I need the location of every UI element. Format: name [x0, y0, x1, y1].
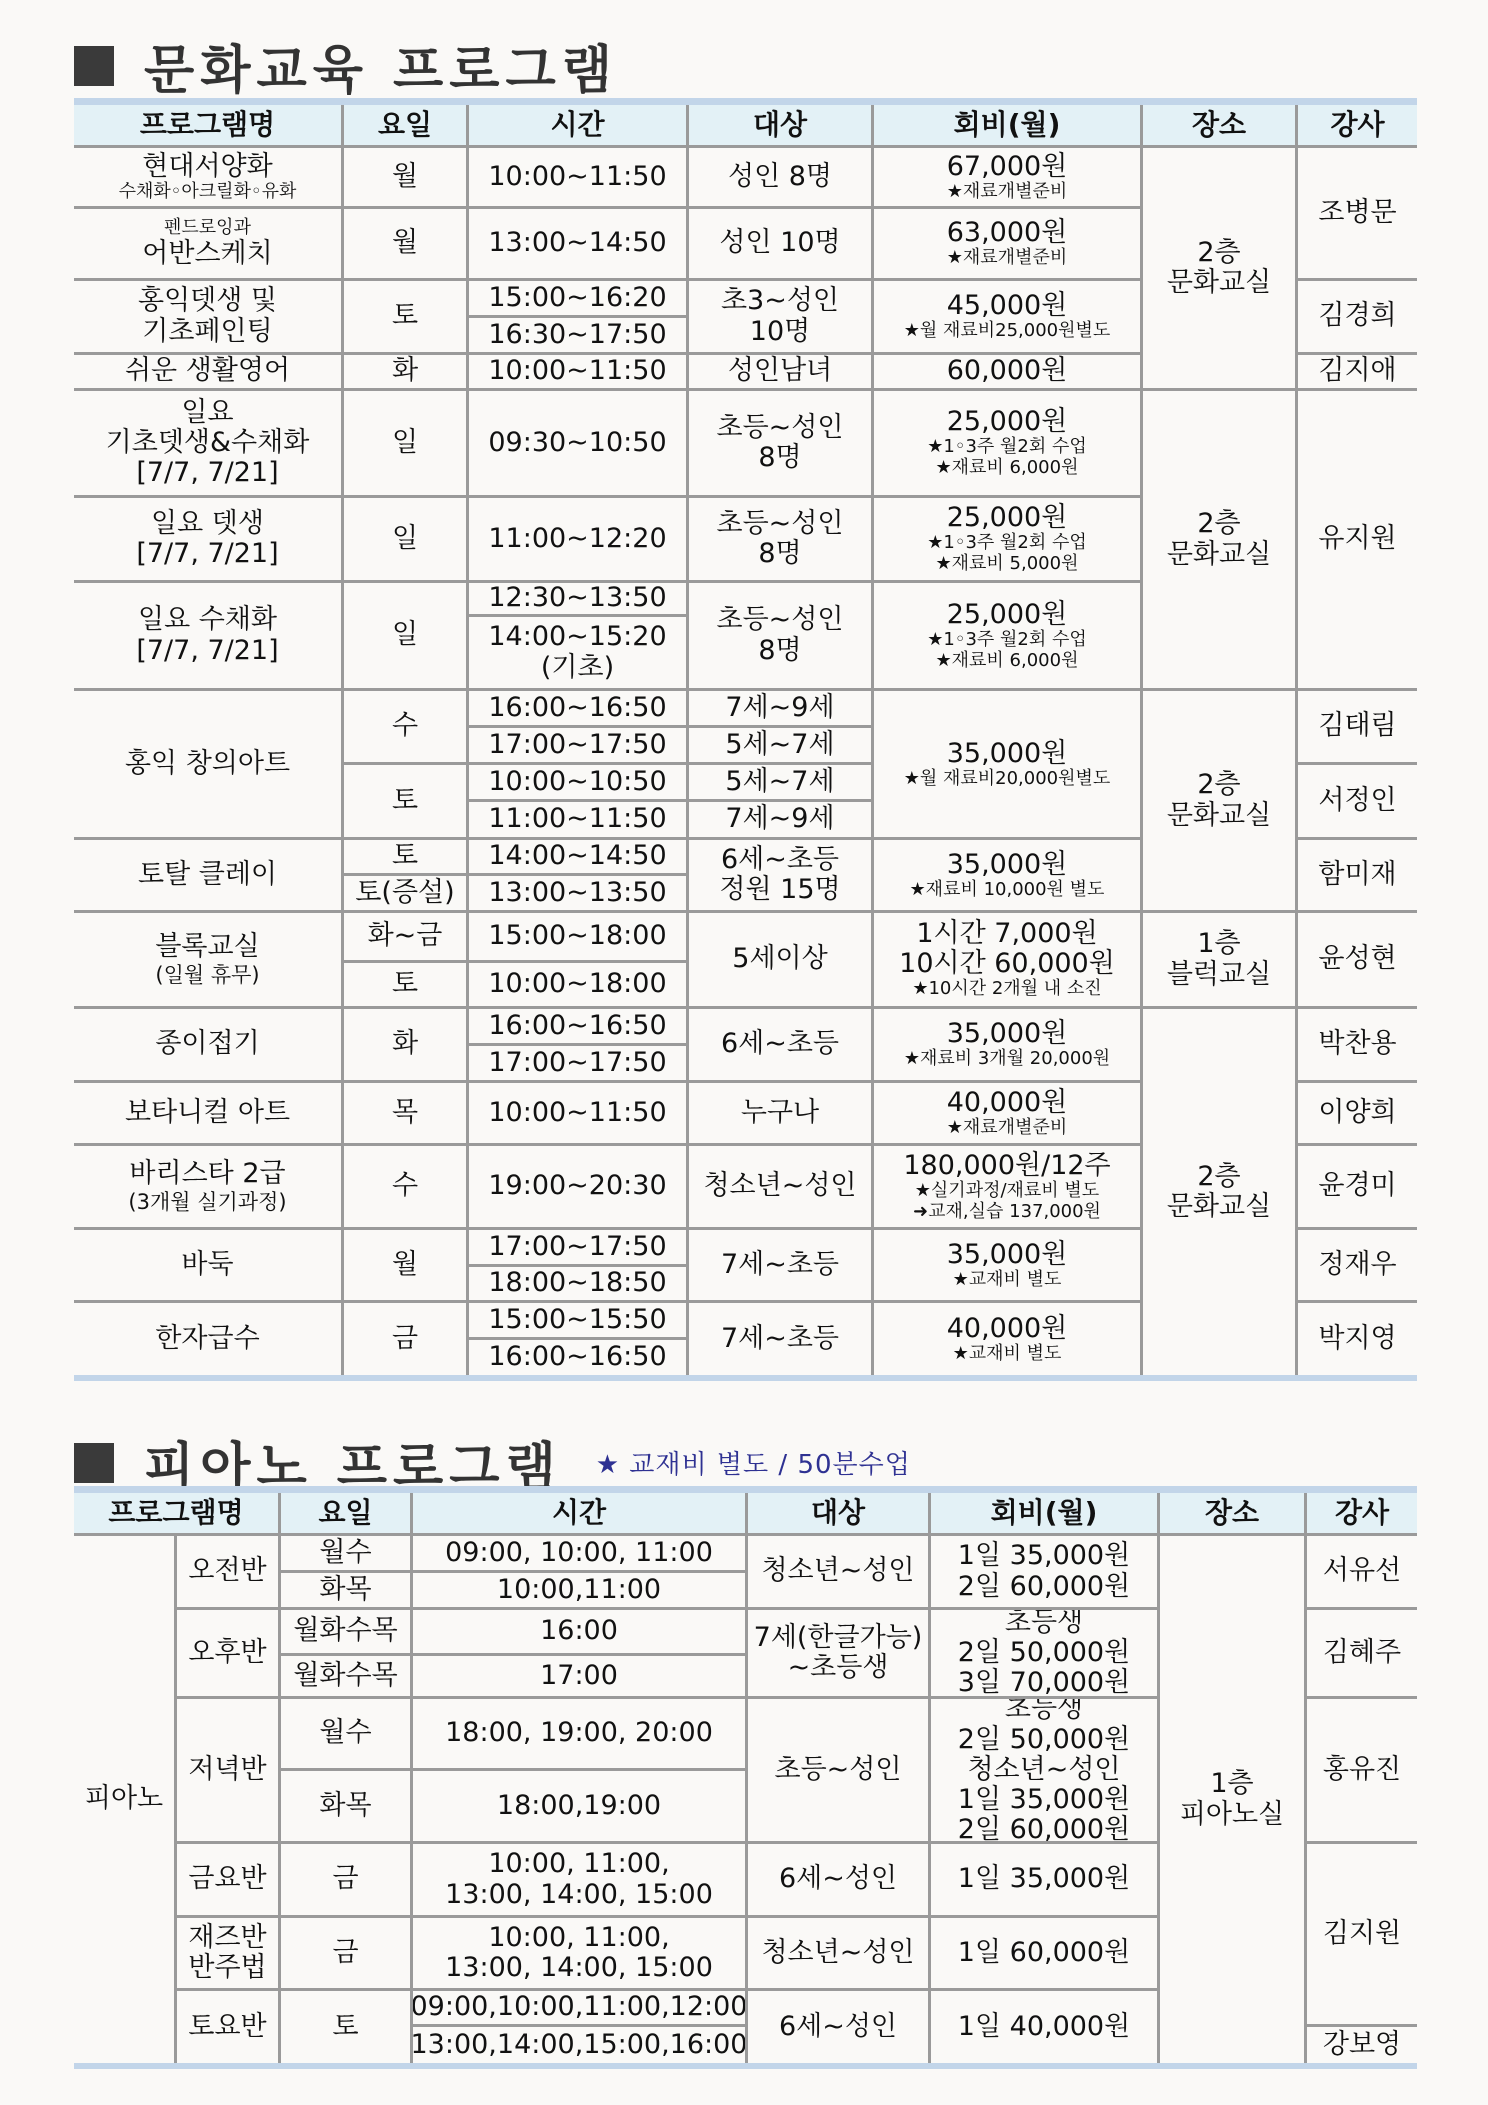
- cell-text-line: 월: [392, 1250, 418, 1280]
- cell-text-line: (일월 휴무): [155, 963, 259, 987]
- cell-text-line: 누구나: [741, 1098, 819, 1128]
- cell-text-line: ➜교재,실습 137,000원: [913, 1202, 1101, 1223]
- table-cell: 화: [344, 355, 469, 391]
- table-cell: 금: [281, 1918, 413, 1991]
- table-cell: 09:00, 10:00, 11:00: [413, 1536, 748, 1573]
- cell-text-line: ~초등생: [788, 1653, 889, 1683]
- cell-text-line: 화: [392, 1029, 418, 1059]
- table-cell: 토(증설): [344, 876, 469, 913]
- table-cell: 35,000원★월 재료비20,000원별도: [874, 691, 1143, 840]
- table-cell: 10:00~18:00: [469, 963, 689, 1009]
- cell-text-line: 토요반: [188, 2012, 266, 2042]
- table-cell: 10:00, 11:00,13:00, 14:00, 15:00: [413, 1844, 748, 1918]
- table-cell: 김경희: [1298, 281, 1417, 355]
- cell-text-line: 월수: [319, 1538, 371, 1568]
- table-cell: 09:00,10:00,11:00,12:00: [413, 1991, 748, 2027]
- table-cell: 이양희: [1298, 1083, 1417, 1146]
- table-cell: 10:00, 11:00,13:00, 14:00, 15:00: [413, 1918, 748, 1991]
- table-cell: 6세~초등: [689, 1009, 874, 1083]
- cell-text-line: 종이접기: [155, 1029, 259, 1059]
- table-cell: 월수: [281, 1699, 413, 1771]
- cell-text-line: 반주법: [188, 1953, 266, 1983]
- table-cell: 7세~초등: [689, 1303, 874, 1375]
- cell-text-line: 초등생: [1005, 1610, 1083, 1638]
- cell-text-line: 김혜주: [1323, 1638, 1401, 1668]
- table-cell: 40,000원★교재비 별도: [874, 1303, 1143, 1375]
- cell-text-line: 3일 70,000원: [958, 1668, 1130, 1698]
- table-cell: 7세~9세: [689, 802, 874, 840]
- table-cell: 11:00~12:20: [469, 498, 689, 583]
- cell-text-line: 현대서양화: [142, 152, 272, 182]
- table-cell: 김태림: [1298, 691, 1417, 765]
- cell-text-line: 초등~성인: [717, 413, 844, 443]
- cell-text-line: 강보영: [1323, 2030, 1401, 2060]
- cell-text-line: 13:00, 14:00, 15:00: [445, 1880, 713, 1910]
- cell-text-line: ★재료비 3개월 20,000원: [904, 1049, 1110, 1070]
- cell-text-line: 어반스케치: [142, 239, 272, 269]
- table-cell: 14:00~14:50: [469, 840, 689, 876]
- cell-text-line: 19:00~20:30: [488, 1171, 666, 1201]
- table-cell: 2층문화교실: [1143, 1009, 1298, 1375]
- cell-text-line: 청소년~성인: [761, 1938, 914, 1968]
- cell-text-line: ★1◦3주 월2회 수업: [927, 437, 1087, 458]
- culture-section-title: 문화교육 프로그램: [74, 28, 618, 103]
- cell-text-line: 문화교실: [1167, 540, 1271, 570]
- cell-text-line: 함미재: [1318, 860, 1396, 890]
- cell-text-line: 2일 60,000원: [958, 1572, 1130, 1602]
- cell-text-line: 바둑: [181, 1250, 233, 1280]
- cell-text-line: 일: [392, 428, 418, 458]
- cell-text-line: 13:00~14:50: [488, 228, 666, 258]
- cell-text-line: 박지영: [1318, 1324, 1396, 1354]
- table-cell: 10:00~10:50: [469, 765, 689, 802]
- cell-text-line: 35,000원: [947, 850, 1068, 880]
- cell-text-line: 청소년~성인: [967, 1755, 1120, 1785]
- table-cell: 19:00~20:30: [469, 1146, 689, 1230]
- cell-text-line: 17:00~17:50: [488, 1232, 666, 1262]
- cell-text-line: 유지원: [1318, 524, 1396, 554]
- cell-text-line: 수채화◦아크릴화◦유화: [119, 182, 297, 203]
- table-cell: 유지원: [1298, 391, 1417, 691]
- cell-text-line: 8명: [758, 539, 801, 569]
- table-cell: 박찬용: [1298, 1009, 1417, 1083]
- table-cell: 김지원: [1307, 1844, 1417, 2027]
- table-cell: 40,000원★재료개별준비: [874, 1083, 1143, 1146]
- cell-text-line: 8명: [758, 443, 801, 473]
- cell-text-line: 토(증설): [355, 878, 454, 908]
- cell-text-line: 09:00,10:00,11:00,12:00: [413, 1992, 748, 2022]
- table-cell: 1층피아노실: [1160, 1536, 1307, 2063]
- cell-text-line: 67,000원: [947, 152, 1068, 182]
- table-cell: 홍익뎃생 및기초페인팅: [74, 281, 344, 355]
- column-header: 대상: [689, 105, 874, 148]
- cell-text-line: 일: [392, 620, 418, 650]
- table-cell: 일: [344, 583, 469, 691]
- cell-text-line: 윤성현: [1318, 944, 1396, 974]
- cell-text-line: 홍익 창의아트: [125, 749, 290, 779]
- cell-text-line: 6세~초등: [721, 845, 839, 875]
- cell-text-line: ★월 재료비20,000원별도: [904, 769, 1111, 790]
- table-cell: 청소년~성인: [689, 1146, 874, 1230]
- table-cell: 7세~초등: [689, 1230, 874, 1303]
- cell-text-line: ★재료비 6,000원: [936, 651, 1079, 672]
- cell-text-line: 09:00, 10:00, 11:00: [445, 1538, 713, 1568]
- table-cell: 성인 8명: [689, 148, 874, 209]
- table-cell: 35,000원★재료비 10,000원 별도: [874, 840, 1143, 913]
- cell-text-line: (기초): [541, 653, 614, 683]
- column-header: 회비(월): [874, 105, 1143, 148]
- cell-text-line: 5세~7세: [725, 730, 834, 760]
- cell-text-line: 토: [392, 969, 418, 999]
- column-header-label: 프로그램명: [140, 109, 275, 140]
- cell-text-line: 40,000원: [947, 1088, 1068, 1118]
- cell-text-line: 수: [392, 1171, 418, 1201]
- table-cell: 13:00,14:00,15:00,16:00: [413, 2027, 748, 2063]
- table-bottom-bar: [74, 1375, 1417, 1381]
- table-cell: 토: [344, 281, 469, 355]
- table-cell: 15:00~16:20: [469, 281, 689, 318]
- cell-text-line: 초등~성인: [717, 509, 844, 539]
- column-header: 요일: [344, 105, 469, 148]
- cell-text-line: 오전반: [188, 1556, 266, 1586]
- column-header: 장소: [1160, 1493, 1307, 1536]
- table-cell: 금: [281, 1844, 413, 1918]
- cell-text-line: 재즈반: [188, 1923, 266, 1953]
- cell-text-line: 수: [392, 711, 418, 741]
- table-cell: 6세~초등정원 15명: [689, 840, 874, 913]
- cell-text-line: 기초뎃생&수채화: [106, 428, 310, 458]
- cell-text-line: 김태림: [1318, 711, 1396, 741]
- cell-text-line: 1일 35,000원: [958, 1785, 1130, 1815]
- cell-text-line: 금: [332, 1864, 358, 1894]
- table-cell: 16:00~16:50: [469, 1009, 689, 1046]
- cell-text-line: ★재료개별준비: [947, 248, 1067, 269]
- cell-text-line: 1일 35,000원: [958, 1864, 1130, 1894]
- cell-text-line: 피아노실: [1180, 1800, 1284, 1830]
- cell-text-line: 14:00~15:20: [488, 622, 666, 652]
- table-cell: 피아노: [74, 1536, 177, 2063]
- table-cell: 45,000원★월 재료비25,000원별도: [874, 281, 1143, 355]
- cell-text-line: ★교재비 별도: [953, 1344, 1062, 1365]
- table-cell: 저녁반: [177, 1699, 281, 1844]
- cell-text-line: 금: [392, 1324, 418, 1354]
- cell-text-line: 1일 35,000원: [958, 1541, 1130, 1571]
- cell-text-line: ★1◦3주 월2회 수업: [927, 630, 1087, 651]
- table-cell: 11:00~11:50: [469, 802, 689, 840]
- table-cell: 오전반: [177, 1536, 281, 1610]
- table-cell: 초3~성인10명: [689, 281, 874, 355]
- table-cell: 금: [344, 1303, 469, 1375]
- cell-text-line: 바리스타 2급: [129, 1159, 285, 1189]
- table-cell: 화목: [281, 1573, 413, 1610]
- column-header: 프로그램명: [74, 1493, 281, 1536]
- cell-text-line: 15:00~18:00: [488, 921, 666, 951]
- cell-text-line: ★재료비 6,000원: [936, 458, 1079, 479]
- table-cell: 25,000원★1◦3주 월2회 수업★재료비 6,000원: [874, 583, 1143, 691]
- cell-text-line: 35,000원: [947, 1240, 1068, 1270]
- column-header: 강사: [1298, 105, 1417, 148]
- cell-text-line: 18:00,19:00: [497, 1791, 661, 1821]
- cell-text-line: 35,000원: [947, 739, 1068, 769]
- cell-text-line: 45,000원: [947, 291, 1068, 321]
- table-cell: 10:00,11:00: [413, 1573, 748, 1610]
- cell-text-line: 40,000원: [947, 1314, 1068, 1344]
- cell-text-line: 2층: [1197, 238, 1240, 268]
- table-cell: 10:00~11:50: [469, 355, 689, 391]
- cell-text-line: 1층: [1210, 1769, 1253, 1799]
- cell-text-line: 5세이상: [732, 944, 827, 974]
- cell-text-line: 10:00~11:50: [488, 356, 666, 386]
- cell-text-line: 2층: [1197, 509, 1240, 539]
- cell-text-line: 13:00, 14:00, 15:00: [445, 1953, 713, 1983]
- column-header-label: 강사: [1330, 109, 1384, 140]
- table-cell: 누구나: [689, 1083, 874, 1146]
- table-cell: 보타니컬 아트: [74, 1083, 344, 1146]
- cell-text-line: 2층: [1197, 1162, 1240, 1192]
- column-header: 요일: [281, 1493, 413, 1536]
- cell-text-line: 15:00~16:20: [488, 283, 666, 313]
- table-cell: 15:00~15:50: [469, 1303, 689, 1340]
- column-header-label: 시간: [552, 1497, 606, 1528]
- cell-text-line: 16:00~16:50: [488, 1011, 666, 1041]
- table-cell: 18:00~18:50: [469, 1267, 689, 1303]
- table-cell: 5세~7세: [689, 765, 874, 802]
- column-header-label: 대상: [811, 1497, 865, 1528]
- cell-text-line: 16:00~16:50: [488, 693, 666, 723]
- column-header-label: 회비(월): [991, 1497, 1098, 1528]
- cell-text-line: 10:00~10:50: [488, 767, 666, 797]
- cell-text-line: 금: [332, 1938, 358, 1968]
- cell-text-line: 17:00: [540, 1661, 618, 1691]
- table-cell: 2층문화교실: [1143, 391, 1298, 691]
- table-cell: 초등~성인: [748, 1699, 931, 1844]
- table-cell: 수: [344, 691, 469, 765]
- cell-text-line: 일: [392, 524, 418, 554]
- cell-text-line: 10:00~11:50: [488, 162, 666, 192]
- table-cell: 초등~성인8명: [689, 391, 874, 498]
- table-cell: 17:00: [413, 1656, 748, 1699]
- cell-text-line: 13:00~13:50: [488, 878, 666, 908]
- cell-text-line: 6세~성인: [779, 2012, 897, 2042]
- table-cell: 35,000원★재료비 3개월 20,000원: [874, 1009, 1143, 1083]
- column-header-label: 강사: [1335, 1497, 1389, 1528]
- cell-text-line: 2일 60,000원: [958, 1815, 1130, 1844]
- table-cell: 윤성현: [1298, 913, 1417, 1009]
- cell-text-line: 성인 8명: [728, 162, 832, 192]
- table-cell: 서정인: [1298, 765, 1417, 840]
- table-cell: 16:30~17:50: [469, 318, 689, 355]
- table-cell: 토: [344, 840, 469, 876]
- table-cell: 월: [344, 148, 469, 209]
- cell-text-line: 7세~초등: [721, 1324, 839, 1354]
- table-cell: 1일 35,000원: [931, 1844, 1160, 1918]
- table-cell: 35,000원★교재비 별도: [874, 1230, 1143, 1303]
- culture-title-text: 문화교육 프로그램: [144, 28, 618, 103]
- cell-text-line: 1일 40,000원: [958, 2012, 1130, 2042]
- table-cell: 화목: [281, 1771, 413, 1844]
- cell-text-line: 25,000원: [947, 600, 1068, 630]
- table-cell: 금요반: [177, 1844, 281, 1918]
- cell-text-line: 25,000원: [947, 503, 1068, 533]
- table-cell: 일: [344, 391, 469, 498]
- table-cell: 펜드로잉과어반스케치: [74, 209, 344, 281]
- table-cell: 서유선: [1307, 1536, 1417, 1610]
- table-cell: 1일 40,000원: [931, 1991, 1160, 2063]
- cell-text-line: 펜드로잉과: [164, 218, 251, 239]
- table-cell: 180,000원/12주★실기과정/재료비 별도➜교재,실습 137,000원: [874, 1146, 1143, 1230]
- cell-text-line: ★10시간 2개월 내 소진: [912, 979, 1101, 1000]
- cell-text-line: 16:00~16:50: [488, 1342, 666, 1372]
- cell-text-line: 윤경미: [1318, 1171, 1396, 1201]
- table-cell: 토: [344, 963, 469, 1009]
- cell-text-line: 2일 50,000원: [958, 1725, 1130, 1755]
- cell-text-line: 보타니컬 아트: [125, 1098, 290, 1128]
- table-cell: 일요기초뎃생&수채화[7/7, 7/21]: [74, 391, 344, 498]
- square-bullet-icon: [74, 1443, 114, 1483]
- table-cell: 16:00: [413, 1610, 748, 1656]
- table-cell: 12:30~13:50: [469, 583, 689, 617]
- table-top-bar: [74, 98, 1417, 105]
- table-cell: 월화수목: [281, 1656, 413, 1699]
- table-cell: 18:00, 19:00, 20:00: [413, 1699, 748, 1771]
- table-cell: 화: [344, 1009, 469, 1083]
- cell-text-line: 블럭교실: [1167, 960, 1271, 990]
- cell-text-line: 10:00, 11:00,: [488, 1849, 669, 1879]
- cell-text-line: 문화교실: [1167, 801, 1271, 831]
- cell-text-line: [7/7, 7/21]: [136, 458, 278, 488]
- table-cell: 1일 35,000원2일 60,000원: [931, 1536, 1160, 1610]
- cell-text-line: 11:00~12:20: [488, 524, 666, 554]
- table-cell: 초등생2일 50,000원청소년~성인1일 35,000원2일 60,000원: [931, 1699, 1160, 1844]
- cell-text-line: 6세~초등: [721, 1029, 839, 1059]
- cell-text-line: 35,000원: [947, 1019, 1068, 1049]
- cell-text-line: 청소년~성인: [703, 1171, 856, 1201]
- table-cell: 화~금: [344, 913, 469, 963]
- cell-text-line: 09:30~10:50: [488, 428, 666, 458]
- cell-text-line: 월화수목: [293, 1616, 397, 1646]
- cell-text-line: 오후반: [188, 1638, 266, 1668]
- table-cell: 1일 60,000원: [931, 1918, 1160, 1991]
- cell-text-line: 성인남녀: [728, 356, 832, 386]
- table-cell: 월수: [281, 1536, 413, 1573]
- column-header-label: 장소: [1205, 1497, 1259, 1528]
- cell-text-line: 10:00~18:00: [488, 969, 666, 999]
- cell-text-line: 6세~성인: [779, 1864, 897, 1894]
- column-header: 회비(월): [931, 1493, 1160, 1536]
- table-cell: 홍익 창의아트: [74, 691, 344, 840]
- table-cell: 15:00~18:00: [469, 913, 689, 963]
- table-cell: 윤경미: [1298, 1146, 1417, 1230]
- cell-text-line: 토: [392, 841, 418, 871]
- table-cell: 토: [281, 1991, 413, 2063]
- cell-text-line: 1층: [1197, 929, 1240, 959]
- cell-text-line: 이양희: [1318, 1098, 1396, 1128]
- cell-text-line: 월수: [319, 1718, 371, 1748]
- cell-text-line: ★1◦3주 월2회 수업: [927, 533, 1087, 554]
- table-cell: 토요반: [177, 1991, 281, 2063]
- table-cell: 김지애: [1298, 355, 1417, 391]
- table-cell: 17:00~17:50: [469, 1046, 689, 1083]
- table-cell: 13:00~14:50: [469, 209, 689, 281]
- table-cell: 수: [344, 1146, 469, 1230]
- table-cell: 10:00~11:50: [469, 148, 689, 209]
- table-cell: 13:00~13:50: [469, 876, 689, 913]
- square-bullet-icon: [74, 46, 114, 86]
- cell-text-line: 7세~초등: [721, 1250, 839, 1280]
- table-cell: 오후반: [177, 1610, 281, 1699]
- cell-text-line: 2층: [1197, 770, 1240, 800]
- table-cell: 청소년~성인: [748, 1536, 931, 1610]
- table-cell: 함미재: [1298, 840, 1417, 913]
- column-header-label: 프로그램명: [108, 1497, 243, 1528]
- table-cell: 성인남녀: [689, 355, 874, 391]
- cell-text-line: 저녁반: [188, 1755, 266, 1785]
- table-cell: 홍유진: [1307, 1699, 1417, 1844]
- table-cell: 토: [344, 765, 469, 840]
- cell-text-line: 7세~9세: [725, 693, 834, 723]
- column-header: 시간: [469, 105, 689, 148]
- cell-text-line: 성인 10명: [719, 228, 840, 258]
- cell-text-line: 13:00,14:00,15:00,16:00: [413, 2030, 748, 2060]
- table-cell: 1시간 7,000원10시간 60,000원★10시간 2개월 내 소진: [874, 913, 1143, 1009]
- cell-text-line: 기초페인팅: [142, 317, 272, 347]
- table-cell: 일요 수채화[7/7, 7/21]: [74, 583, 344, 691]
- table-cell: 6세~성인: [748, 1844, 931, 1918]
- cell-text-line: 10:00,11:00: [497, 1575, 661, 1605]
- cell-text-line: 김지애: [1318, 356, 1396, 386]
- cell-text-line: 180,000원/12주: [903, 1151, 1110, 1181]
- cell-text-line: 14:00~14:50: [488, 841, 666, 871]
- cell-text-line: 토탈 클레이: [138, 860, 277, 890]
- table-cell: 5세~7세: [689, 728, 874, 765]
- cell-text-line: 쉬운 생활영어: [125, 356, 290, 386]
- table-cell: 6세~성인: [748, 1991, 931, 2063]
- column-header: 장소: [1143, 105, 1298, 148]
- table-cell: 쉬운 생활영어: [74, 355, 344, 391]
- cell-text-line: 25,000원: [947, 407, 1068, 437]
- table-cell: 7세~9세: [689, 691, 874, 728]
- column-header-label: 시간: [550, 109, 604, 140]
- cell-text-line: ★교재비 별도: [953, 1270, 1062, 1291]
- table-cell: 박지영: [1298, 1303, 1417, 1375]
- cell-text-line: 15:00~15:50: [488, 1305, 666, 1335]
- cell-text-line: ★재료비 5,000원: [936, 554, 1079, 575]
- cell-text-line: 한자급수: [155, 1324, 259, 1354]
- column-header-label: 요일: [378, 109, 432, 140]
- cell-text-line: 김지원: [1323, 1919, 1401, 1949]
- cell-text-line: 12:30~13:50: [488, 583, 666, 613]
- table-cell: 강보영: [1307, 2027, 1417, 2063]
- column-header: 시간: [413, 1493, 748, 1536]
- column-header-label: 요일: [318, 1497, 372, 1528]
- piano-note: ★ 교재비 별도 / 50분수업: [596, 1444, 911, 1481]
- cell-text-line: 2일 50,000원: [958, 1638, 1130, 1668]
- cell-text-line: 화목: [319, 1575, 371, 1605]
- cell-text-line: 60,000원: [947, 356, 1068, 386]
- cell-text-line: 화: [392, 356, 418, 386]
- cell-text-line: 10:00~11:50: [488, 1098, 666, 1128]
- cell-text-line: 화목: [319, 1791, 371, 1821]
- cell-text-line: ★재료개별준비: [947, 182, 1067, 203]
- cell-text-line: 1일 60,000원: [958, 1938, 1130, 1968]
- cell-text-line: 피아노: [85, 1784, 163, 1814]
- cell-text-line: 16:00: [540, 1616, 618, 1646]
- table-cell: 14:00~15:20(기초): [469, 617, 689, 691]
- cell-text-line: ★실기과정/재료비 별도: [915, 1181, 1099, 1202]
- cell-text-line: 서정인: [1318, 786, 1396, 816]
- table-cell: 5세이상: [689, 913, 874, 1009]
- table-cell: 초등~성인8명: [689, 498, 874, 583]
